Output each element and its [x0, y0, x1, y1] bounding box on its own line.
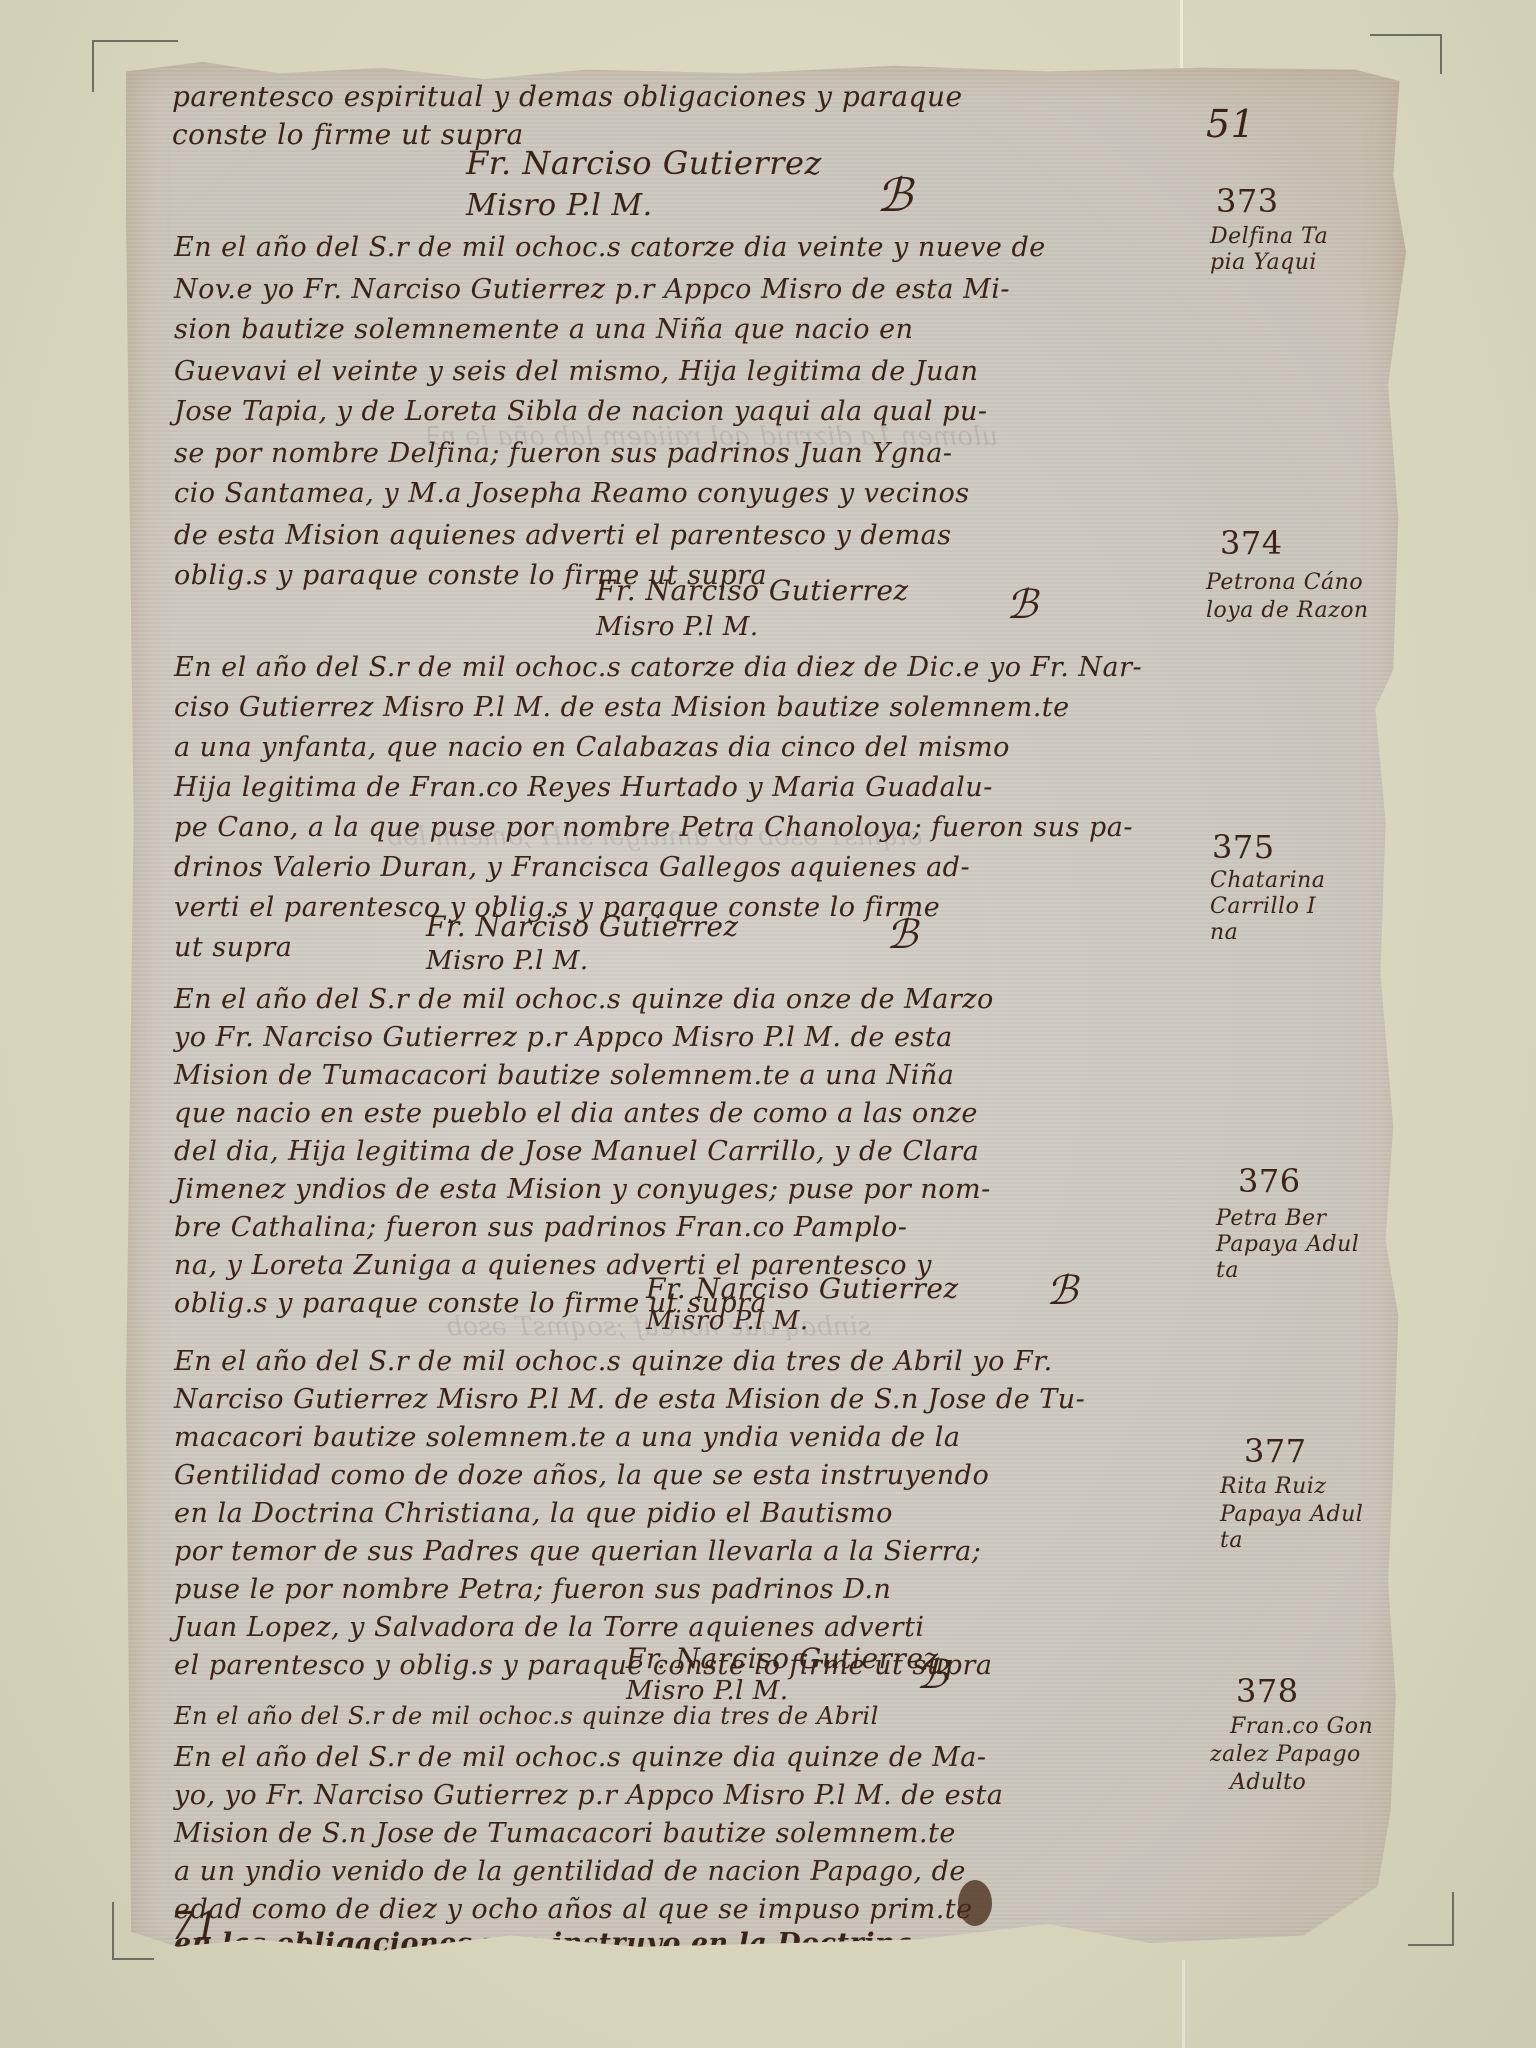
entry-378-line: Mision de S.n Jose de Tumacacori bautize…	[174, 1818, 956, 1849]
entry-376-line: por temor de sus Padres que querian llev…	[174, 1536, 981, 1567]
entry-375-line: del dia, Hija legitima de Jose Manuel Ca…	[174, 1136, 979, 1167]
crop-mark-bottom-right	[1408, 1892, 1454, 1946]
entry-374-line: a una ynfanta, que nacio en Calabazas di…	[174, 732, 1010, 763]
mount-seam-bottom	[1182, 1960, 1185, 2048]
entry-375-line: yo Fr. Narciso Gutierrez p.r Appco Misro…	[174, 1022, 953, 1053]
entry-376-line: En el año del S.r de mil ochoc.s quinze …	[174, 1346, 1053, 1377]
entry-number-373: 373	[1216, 182, 1279, 220]
entry-number-375: 375	[1212, 828, 1275, 866]
margin-note-374-line1: Petrona Cáno	[1206, 570, 1363, 595]
entry-374-line: En el año del S.r de mil ochoc.s catorze…	[174, 652, 1142, 683]
entry-373-line: En el año del S.r de mil ochoc.s catorze…	[174, 232, 1046, 263]
signature-title: Misro P.l M.	[466, 188, 653, 223]
signature-name: Fr. Narciso Gutierrez	[426, 910, 739, 943]
manuscript-page: ulomen 1a dizrnid gol raiiaem lab on̄a l…	[126, 62, 1406, 1962]
signature-name: Fr. Narciso Gutierrez	[596, 574, 909, 607]
entry-378-line: a un yndio venido de la gentilidad de na…	[174, 1856, 966, 1887]
rubric-flourish: ℬ	[916, 1652, 947, 1698]
entry-375-line: Mision de Tumacacori bautize solemnem.te…	[174, 1060, 954, 1091]
entry-373-line: Nov.e yo Fr. Narciso Gutierrez p.r Appco…	[174, 274, 1010, 305]
entry-number-378: 378	[1236, 1672, 1299, 1710]
signature-title: Misro P.l M.	[596, 612, 759, 642]
margin-note-378-line2: zalez Papago	[1210, 1742, 1361, 1767]
signature-name: Fr. Narciso Gutierrez	[646, 1272, 959, 1305]
margin-note-377-line1: Rita Ruiz	[1220, 1474, 1326, 1499]
entry-376-line: macacori bautize solemnem.te a una yndia…	[174, 1422, 960, 1453]
ink-blot	[958, 1880, 992, 1926]
page-number: 51	[1206, 102, 1255, 146]
entry-378-line: yo, yo Fr. Narciso Gutierrez p.r Appco M…	[174, 1780, 1003, 1811]
margin-note-373-line2: pia Yaqui	[1210, 250, 1317, 275]
entry-373-line: de esta Mision aquienes adverti el paren…	[174, 520, 952, 551]
margin-note-376-line3: ta	[1216, 1258, 1239, 1283]
entry-376-line: Juan Lopez, y Salvadora de la Torre aqui…	[174, 1612, 925, 1643]
entry-374-line: drinos Valerio Duran, y Francisca Galleg…	[174, 852, 970, 883]
signature-title: Misro P.l M.	[426, 946, 589, 976]
signature-name: Fr. Narciso Gutierrez	[626, 1642, 939, 1675]
margin-note-377-line2: Papaya Adul	[1220, 1502, 1363, 1527]
margin-note-375-line2: Carrillo I	[1210, 894, 1316, 919]
entry-376-line: Gentilidad como de doze años, la que se …	[174, 1460, 989, 1491]
rubric-flourish: ℬ	[886, 912, 917, 958]
entry-374-line: ciso Gutierrez Misro P.l M. de esta Misi…	[174, 692, 1070, 723]
entry-373-line: cio Santamea, y M.a Josepha Reamo conyug…	[174, 478, 970, 509]
entry-373-line: se por nombre Delfina; fueron sus padrin…	[174, 438, 952, 469]
margin-note-376-line2: Papaya Adul	[1216, 1232, 1359, 1257]
margin-note-378-line3: Adulto	[1230, 1770, 1306, 1795]
signature-name: Fr. Narciso Gutierrez	[466, 144, 822, 182]
folio-number: 71	[170, 1904, 219, 1948]
mount-seam-top	[1180, 0, 1183, 70]
entry-374-line: pe Cano, a la que puse por nombre Petra …	[174, 812, 1133, 843]
margin-note-374-line2: loya de Razon	[1206, 598, 1369, 623]
header-line-1: parentesco espiritual y demas obligacion…	[172, 80, 963, 113]
entry-number-374: 374	[1220, 524, 1283, 562]
entry-376-line: Narciso Gutierrez Misro P.l M. de esta M…	[174, 1384, 1085, 1415]
entry-375-line: bre Cathalina; fueron sus padrinos Fran.…	[174, 1212, 907, 1243]
entry-378-line: en las obligaciones y se instruyo en la …	[174, 1928, 913, 1959]
margin-note-376-line1: Petra Ber	[1216, 1206, 1327, 1231]
entry-373-line: Jose Tapia, y de Loreta Sibla de nacion …	[174, 396, 987, 427]
entry-376-line: en la Doctrina Christiana, la que pidio …	[174, 1498, 893, 1529]
entry-378-line: edad como de diez y ocho años al que se …	[174, 1894, 973, 1925]
entry-375-line: que nacio en este pueblo el dia antes de…	[174, 1098, 978, 1129]
entry-374-line: ut supra	[174, 932, 292, 963]
margin-note-378-line1: Fran.co Gon	[1230, 1714, 1373, 1739]
entry-375-line: Jimenez yndios de esta Mision y conyuges…	[174, 1174, 991, 1205]
entry-number-376: 376	[1238, 1162, 1301, 1200]
margin-note-375-line1: Chatarina	[1210, 868, 1325, 893]
entry-373-line: sion bautize solemnemente a una Niña que…	[174, 314, 914, 345]
crop-mark-top-right	[1370, 34, 1442, 74]
signature-title: Misro P.l M.	[646, 1306, 809, 1336]
margin-note-373-line1: Delfina Ta	[1210, 224, 1328, 249]
entry-374-line: Hija legitima de Fran.co Reyes Hurtado y…	[174, 772, 993, 803]
rubric-flourish: ℬ	[1006, 582, 1037, 628]
entry-375-line: En el año del S.r de mil ochoc.s quinze …	[174, 984, 994, 1015]
margin-note-377-line3: ta	[1220, 1528, 1243, 1553]
rubric-flourish: ℬ	[876, 168, 912, 222]
margin-note-375-line3: na	[1210, 920, 1238, 945]
rubric-flourish: ℬ	[1046, 1268, 1077, 1314]
entry-376-line: puse le por nombre Petra; fueron sus pad…	[174, 1574, 891, 1605]
entry-378-line: En el año del S.r de mil ochoc.s quinze …	[174, 1742, 987, 1773]
entry-number-377: 377	[1244, 1432, 1307, 1470]
entry-373-line: Guevavi el veinte y seis del mismo, Hija…	[174, 356, 979, 387]
entry-377-line: En el año del S.r de mil ochoc.s quinze …	[174, 1702, 879, 1730]
